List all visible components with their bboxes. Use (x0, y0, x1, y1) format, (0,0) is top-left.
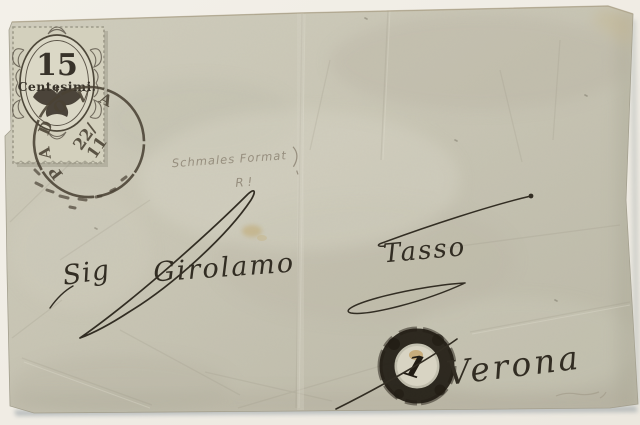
handstamp-blotch (388, 338, 400, 350)
pencil-note-line2: R ! (235, 175, 253, 190)
ink-blob (529, 194, 534, 199)
handstamp-blotch (432, 334, 444, 346)
stamp-value: 15 (36, 48, 78, 83)
handstamp-blotch (394, 389, 404, 399)
postal-cover-scene: 15 Centesimi. PADOVA 22/ 11 Schmales For… (0, 0, 640, 425)
handstamp-blotch (435, 385, 446, 396)
address-honorific: Sig (61, 254, 112, 291)
photo-of-postal-cover: 15 Centesimi. PADOVA 22/ 11 Schmales For… (0, 0, 640, 425)
